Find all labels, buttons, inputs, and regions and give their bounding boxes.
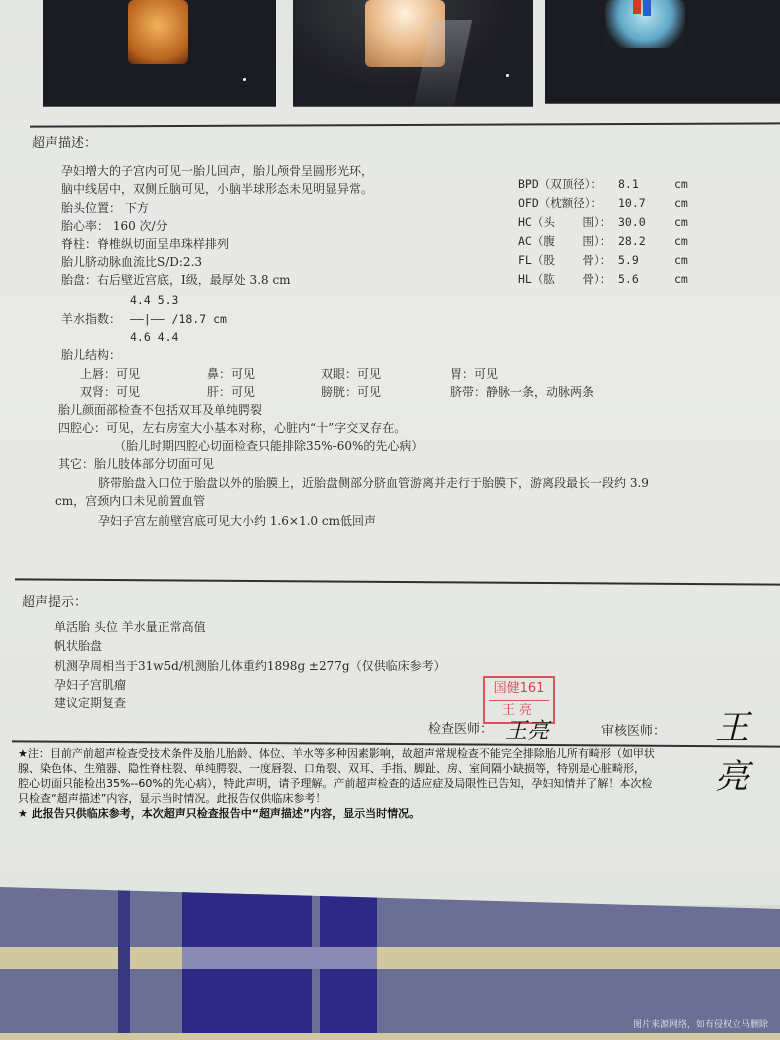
ofd-value: 10.7 <box>618 194 646 214</box>
3d-ultrasound-image-2 <box>293 0 533 107</box>
conclusion-line: 单活胎 头位 羊水量正常高值 <box>54 619 206 635</box>
watermark: 图片来源网络，如有侵权立马删除 <box>633 1017 768 1030</box>
afi-total: ——|—— /18.7 cm <box>130 311 227 327</box>
fl-value: 5.9 <box>618 251 639 271</box>
other-findings: 其它：胎儿肢体部分切面可见 <box>58 456 214 472</box>
hc-value: 30.0 <box>618 213 646 233</box>
disclaimer-footer: ★ 此报告只供临床参考，本次超声只检查报告中“超声描述”内容，显示当时情况。 <box>18 806 420 821</box>
afi-top-values: 4.4 5.3 <box>130 292 178 308</box>
reviewer-label: 审核医师： <box>601 724 666 740</box>
structure-heading: 胎儿结构： <box>61 347 121 363</box>
plaid-fabric-background: 图片来源网络，如有侵权立马删除 <box>0 885 780 1040</box>
structure-nose: 鼻：可见 <box>207 366 255 382</box>
four-chamber-note: （胎儿时期四腔心切面检查只能排除35%-60%的先心病） <box>114 438 423 454</box>
conclusion-line: 帆状胎盘 <box>54 638 102 654</box>
3d-ultrasound-image-1 <box>43 0 276 107</box>
umbilical-sd-ratio: 胎儿脐动脉血流比S/D:2.3 <box>61 254 202 270</box>
disclaimer-line: 腺、染色体、生殖器、隐性脊柱裂、单纯腭裂、一度唇裂、口角裂、双耳、手指、脚趾、房… <box>18 761 645 776</box>
color-doppler-image <box>545 0 780 104</box>
velamentous-cord-line2: cm，宫颈内口未见前置血管 <box>55 493 205 509</box>
afi-bottom-values: 4.6 4.4 <box>130 329 178 345</box>
divider <box>15 578 780 585</box>
disclaimer-line: ★注：目前产前超声检查受技术条件及胎儿胎龄、体位、羊水等多种因素影响，故超声常规… <box>18 746 655 761</box>
face-note: 胎儿颜面部检查不包括双耳及单纯腭裂 <box>58 402 262 418</box>
conclusion-line: 建议定期复查 <box>54 695 126 711</box>
examiner-signature: 王亮 <box>505 714 549 745</box>
uterine-mass: 孕妇子宫左前壁宫底可见大小约 1.6×1.0 cm低回声 <box>98 513 376 529</box>
fl-unit: cm <box>674 251 688 271</box>
hc-unit: cm <box>674 213 688 233</box>
ac-value: 28.2 <box>618 232 646 252</box>
description-line: 脑中线居中，双侧丘脑可见，小脑半球形态未见明显异常。 <box>61 181 373 197</box>
hl-unit: cm <box>674 270 688 290</box>
ac-unit: cm <box>674 232 688 252</box>
bpd-value: 8.1 <box>618 175 639 195</box>
conclusion-line: 机测孕周相当于31w5d/机测胎儿体重约1898g ±277g（仅供临床参考） <box>54 658 446 674</box>
spine: 脊柱：脊椎纵切面呈串珠样排列 <box>61 236 229 252</box>
bpd-label: BPD（双顶径）： <box>518 175 602 195</box>
afi-label: 羊水指数： <box>61 311 121 327</box>
examiner-label: 检查医师： <box>428 722 493 738</box>
structure-kidneys: 双肾：可见 <box>80 384 140 400</box>
reviewer-signature: 王亮 <box>715 700 780 798</box>
stamp-id: 国健161 <box>485 678 553 700</box>
description-line: 孕妇增大的子宫内可见一胎儿回声，胎儿颅骨呈圆形光环， <box>61 163 373 179</box>
conclusion-heading: 超声提示： <box>22 595 87 611</box>
disclaimer-line: 只检查“超声描述”内容，显示当时情况。此报告仅供临床参考！ <box>18 791 326 806</box>
hl-label: HL（肱 骨）： <box>518 270 611 290</box>
report-paper: 超声描述： 孕妇增大的子宫内可见一胎儿回声，胎儿颅骨呈圆形光环， 脑中线居中，双… <box>0 0 780 905</box>
fl-label: FL（股 骨）： <box>518 251 611 271</box>
structure-cord: 脐带：静脉一条，动脉两条 <box>450 384 594 400</box>
structure-eyes: 双眼：可见 <box>321 366 381 382</box>
description-heading: 超声描述： <box>32 136 97 152</box>
hc-label: HC（头 围）： <box>518 213 611 233</box>
ofd-label: OFD（枕额径）： <box>518 194 602 214</box>
conclusion-line: 孕妇子宫肌瘤 <box>54 677 126 693</box>
velamentous-cord-line1: 脐带胎盘入口位于胎盘以外的胎膜上，近胎盘侧部分脐血管游离并走行于胎膜下，游离段最… <box>98 475 649 491</box>
ofd-unit: cm <box>674 194 688 214</box>
ac-label: AC（腹 围）： <box>518 232 611 252</box>
structure-bladder: 膀胱：可见 <box>321 384 381 400</box>
fetal-heart-rate: 胎心率： 160 次/分 <box>61 218 168 234</box>
divider <box>30 122 780 127</box>
disclaimer-line: 腔心切面只能检出35%--60%的先心病），特此声明，请予理解。产前超声检查的适… <box>18 776 652 791</box>
structure-liver: 肝：可见 <box>207 384 255 400</box>
fetal-head-position: 胎头位置： 下方 <box>61 200 149 216</box>
structure-lip: 上唇：可见 <box>80 366 140 382</box>
four-chamber-heart: 四腔心：可见，左右房室大小基本对称，心脏内“十”字交叉存在。 <box>58 420 406 436</box>
placenta: 胎盘：右后壁近宫底，Ⅰ级，最厚处 3.8 cm <box>61 272 291 288</box>
hl-value: 5.6 <box>618 270 639 290</box>
bpd-unit: cm <box>674 175 688 195</box>
structure-stomach: 胃：可见 <box>450 366 498 382</box>
